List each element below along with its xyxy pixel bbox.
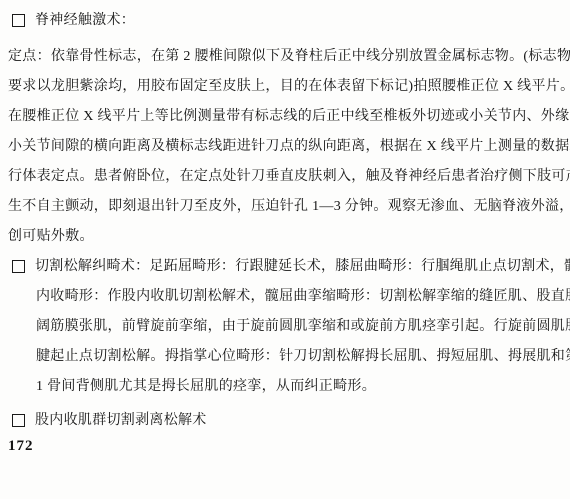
text-line: 内收畸形：作股内收肌切割松解术，髋屈曲挛缩畸形：切割松解挛缩的缝匠肌、股直肌、 [36,282,562,312]
text-line: 定点：依靠骨性标志，在第 2 腰椎间隙似下及脊柱后正中线分别放置金属标志物。(标… [8,42,562,72]
checkbox-icon [12,414,25,427]
text-line: 阔筋膜张肌，前臂旋前挛缩，由于旋前圆肌挛缩和或旋前方肌痉挛引起。行旋前圆肌肌 [36,312,562,342]
text-line: 1 骨间背侧肌尤其是拇长屈肌的痉挛，从而纠正畸形。 [36,372,562,402]
section-first-line: 切割松解纠畸术：足跖屈畸形：行跟腱延长术，膝屈曲畸形：行腘绳肌止点切割术，髋 [35,252,570,282]
section-title: 股内收肌群切割剥离松解术 [35,406,207,436]
text-line: 小关节间隙的横向距离及横标志线距进针刀点的纵向距离，根据在 X 线平片上测量的数… [8,132,562,162]
text-line: 腱起止点切割松解。拇指掌心位畸形：针刀切割松解拇长屈肌、拇短屈肌、拇展肌和第 [36,342,562,372]
section-heading-cutting-release: 切割松解纠畸术：足跖屈畸形：行跟腱延长术，膝屈曲畸形：行腘绳肌止点切割术，髋 [8,252,562,282]
section-heading-adductor-release: 股内收肌群切割剥离松解术 [8,406,562,436]
text-line: 在腰椎正位 X 线平片上等比例测量带有标志线的后正中线至椎板外切迹或小关节内、外… [8,102,562,132]
text-line: 创可贴外敷。 [8,222,562,252]
book-page: 脊神经触激术： 定点：依靠骨性标志，在第 2 腰椎间隙似下及脊柱后正中线分别放置… [0,0,570,499]
section-heading-spinal-nerve: 脊神经触激术： [8,6,562,36]
checkbox-icon [12,14,25,27]
text-line: 生不自主颤动，即刻退出针刀至皮外，压迫针孔 1—3 分钟。观察无渗血、无脑脊液外… [8,192,562,222]
text-line: 行体表定点。患者俯卧位，在定点处针刀垂直皮肤刺入，触及脊神经后患者治疗侧下肢可产 [8,162,562,192]
page-number: 172 [8,438,34,455]
text-line: 要求以龙胆紫涂均，用胶布固定至皮肤上，目的在体表留下标记)拍照腰椎正位 X 线平… [8,72,562,102]
paragraph-deformity-correction: 内收畸形：作股内收肌切割松解术，髋屈曲挛缩畸形：切割松解挛缩的缝匠肌、股直肌、 … [36,282,562,402]
paragraph-fixation-procedure: 定点：依靠骨性标志，在第 2 腰椎间隙似下及脊柱后正中线分别放置金属标志物。(标… [8,42,562,252]
checkbox-icon [12,260,25,273]
section-title: 脊神经触激术： [35,6,135,36]
